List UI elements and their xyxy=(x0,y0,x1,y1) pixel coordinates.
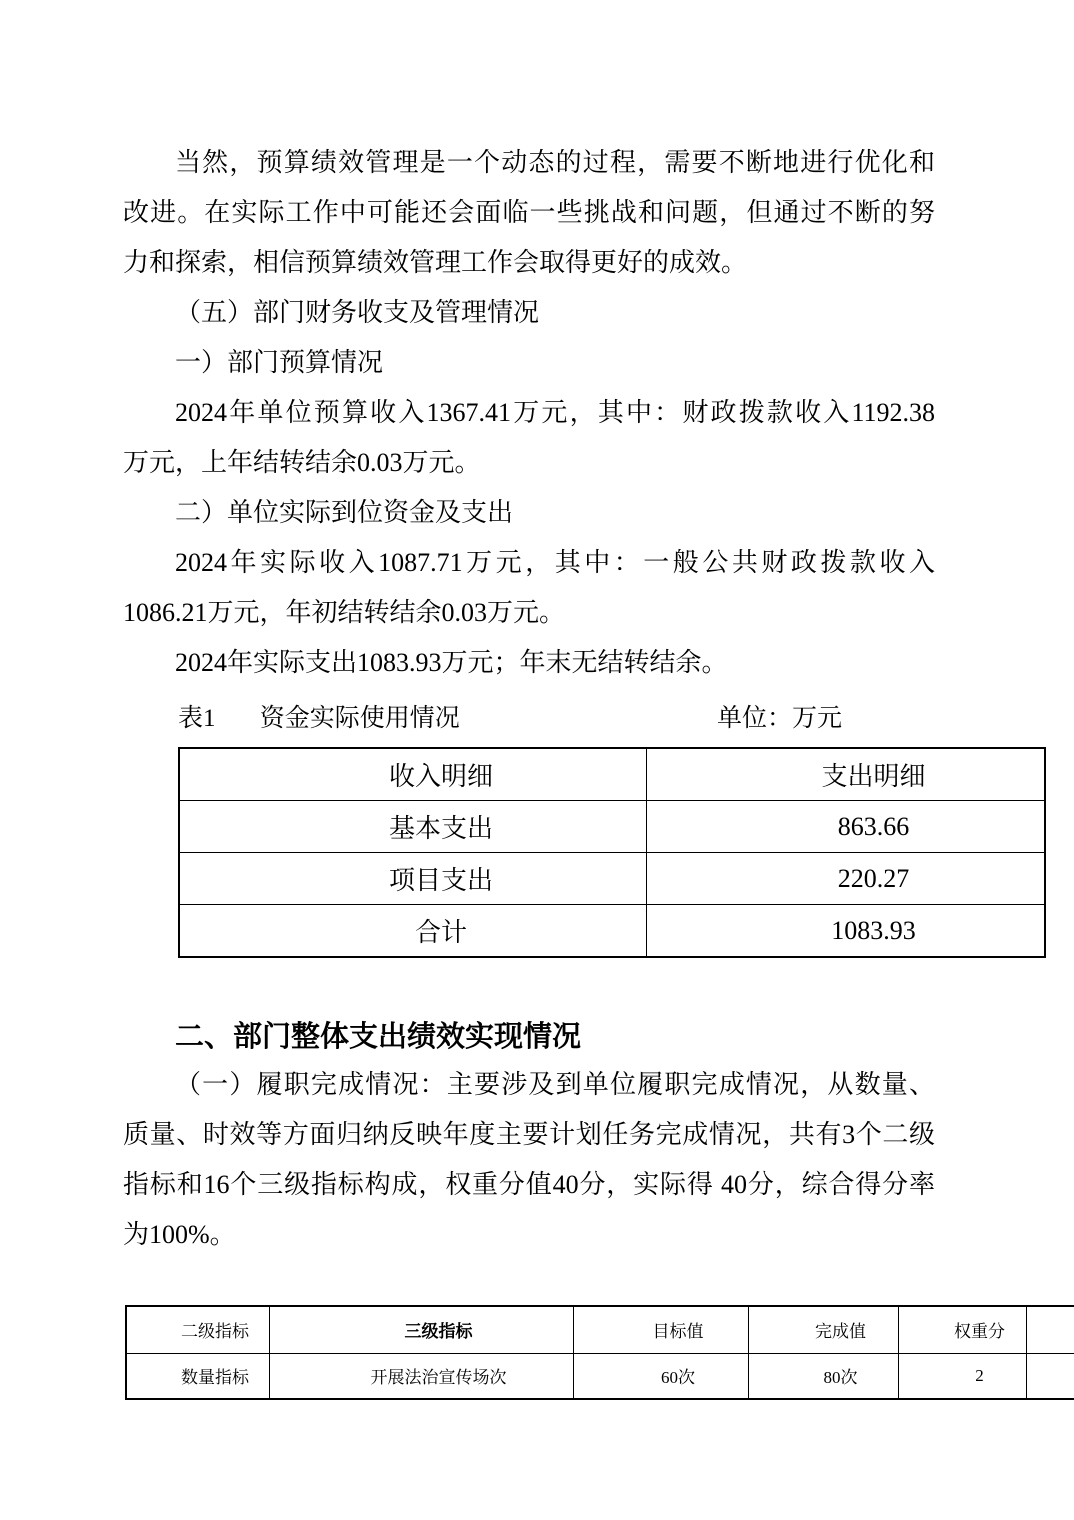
body-line: 二）单位实际到位资金及支出 xyxy=(123,488,935,538)
body-line: 指标和16个三级指标构成，权重分值40分，实际得 40分，综合得分率 xyxy=(123,1160,935,1210)
column-header: 得分 xyxy=(1027,1306,1074,1353)
indicator-table-header: 二级指标三级指标目标值完成值权重分得分 xyxy=(126,1306,1074,1353)
column-header: 三级指标 xyxy=(270,1306,574,1353)
indicator-score-table: 二级指标三级指标目标值完成值权重分得分 数量指标开展法治宣传场次60次80次22 xyxy=(125,1305,1074,1400)
column-header: 二级指标 xyxy=(126,1306,270,1353)
table1-caption-title: 资金实际使用情况 xyxy=(260,705,460,732)
table-cell: 220.27 xyxy=(647,853,1046,905)
body-line: 为100%。 xyxy=(123,1210,935,1260)
table1-caption-label: 表1 xyxy=(178,705,216,732)
indicator-table-body: 数量指标开展法治宣传场次60次80次22 xyxy=(126,1353,1074,1399)
table-row: 数量指标开展法治宣传场次60次80次22 xyxy=(126,1353,1074,1399)
table-cell: 项目支出 xyxy=(179,853,647,905)
table-header-row: 二级指标三级指标目标值完成值权重分得分 xyxy=(126,1306,1074,1353)
table-cell: 1083.93 xyxy=(647,905,1046,958)
column-header: 权重分 xyxy=(899,1306,1027,1353)
table-cell: 2 xyxy=(899,1353,1027,1399)
body-line: 2024年实际收入1087.71万元，其中：一般公共财政拨款收入 xyxy=(123,538,935,588)
body-line: 一）部门预算情况 xyxy=(123,338,935,388)
funds-usage-table-body: 基本支出863.66项目支出220.27合计1083.93 xyxy=(179,801,1045,958)
document-page: 当然，预算绩效管理是一个动态的过程，需要不断地进行优化和改进。在实际工作中可能还… xyxy=(0,0,1074,1520)
funds-usage-table-header: 收入明细 支出明细 xyxy=(179,748,1045,801)
column-header-income-detail: 收入明细 xyxy=(179,748,647,801)
column-header: 完成值 xyxy=(749,1306,899,1353)
column-header-expense-detail: 支出明细 xyxy=(647,748,1046,801)
table-cell: 基本支出 xyxy=(179,801,647,853)
table-cell: 863.66 xyxy=(647,801,1046,853)
body-line: 质量、时效等方面归纳反映年度主要计划任务完成情况，共有3个二级 xyxy=(123,1110,935,1160)
funds-usage-table: 收入明细 支出明细 基本支出863.66项目支出220.27合计1083.93 xyxy=(178,747,1046,958)
body-line: 2024年实际支出1083.93万元；年末无结转结余。 xyxy=(123,638,935,688)
body-line: 2024年单位预算收入1367.41万元，其中：财政拨款收入1192.38 xyxy=(123,388,935,438)
body-text-block-finance: 当然，预算绩效管理是一个动态的过程，需要不断地进行优化和改进。在实际工作中可能还… xyxy=(123,138,935,688)
body-text-block-performance: （一）履职完成情况：主要涉及到单位履职完成情况，从数量、质量、时效等方面归纳反映… xyxy=(123,1060,935,1260)
table-cell: 80次 xyxy=(749,1353,899,1399)
body-line: 力和探索，相信预算绩效管理工作会取得更好的成效。 xyxy=(123,238,935,288)
body-line: 改进。在实际工作中可能还会面临一些挑战和问题，但通过不断的努 xyxy=(123,188,935,238)
table-cell: 数量指标 xyxy=(126,1353,270,1399)
table-row: 项目支出220.27 xyxy=(179,853,1045,905)
table-cell: 合计 xyxy=(179,905,647,958)
table-cell: 60次 xyxy=(574,1353,749,1399)
body-line: 万元，上年结转结余0.03万元。 xyxy=(123,438,935,488)
table-row: 合计1083.93 xyxy=(179,905,1045,958)
table-cell: 开展法治宣传场次 xyxy=(270,1353,574,1399)
body-line: 1086.21万元，年初结转结余0.03万元。 xyxy=(123,588,935,638)
body-line: （一）履职完成情况：主要涉及到单位履职完成情况，从数量、 xyxy=(123,1060,935,1110)
table1-caption: 表1 资金实际使用情况 单位：万元 xyxy=(123,702,950,736)
body-line: 当然，预算绩效管理是一个动态的过程，需要不断地进行优化和 xyxy=(123,138,935,188)
body-line: （五）部门财务收支及管理情况 xyxy=(123,288,935,338)
table-row: 基本支出863.66 xyxy=(179,801,1045,853)
column-header: 目标值 xyxy=(574,1306,749,1353)
table1-unit-label: 单位：万元 xyxy=(717,702,842,736)
table-cell: 2 xyxy=(1027,1353,1074,1399)
table-header-row: 收入明细 支出明细 xyxy=(179,748,1045,801)
section-heading-performance: 二、部门整体支出绩效实现情况 xyxy=(123,1012,935,1062)
